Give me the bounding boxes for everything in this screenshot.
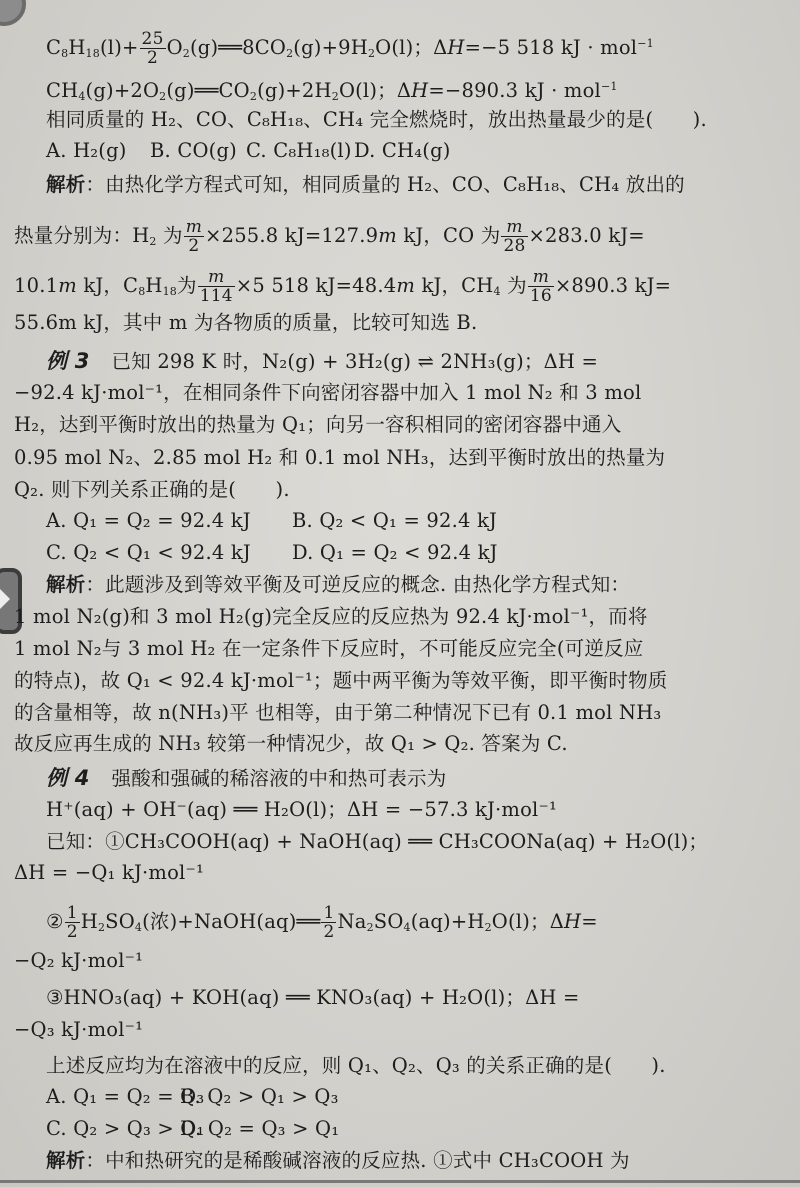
example-4-label: 例 4	[46, 766, 90, 790]
example-4-question: 上述反应均为在溶液中的反应，则 Q₁、Q₂、Q₃ 的关系正确的是( ).	[46, 1053, 666, 1079]
example-3-options-row1: A. Q₁ = Q₂ = 92.4 kJB. Q₂ < Q₁ = 92.4 kJ	[46, 508, 497, 534]
equation-methane-combustion: CH4(g)+2O2(g)══CO2(g)+2H2O(l)；ΔH=−890.3 …	[46, 78, 618, 104]
analysis-line: 故反应再生成的 NH₃ 较第一种情况少，故 Q₁ > Q₂. 答案为 C.	[14, 731, 568, 757]
analysis-label: 解析	[46, 573, 85, 596]
page-bottom-edge	[0, 1180, 800, 1183]
example-4-equation: ③HNO₃(aq) + KOH(aq) ══ KNO₃(aq) + H₂O(l)…	[46, 985, 580, 1011]
example-4-equation: 已知：①CH₃COOH(aq) + NaOH(aq) ══ CH₃COONa(a…	[46, 829, 708, 855]
textbook-page: C8H18(l)+252O2(g)══8CO2(g)+9H2O(l)；ΔH=−5…	[0, 0, 800, 1187]
option-b: B. Q₂ < Q₁ = 92.4 kJ	[292, 509, 497, 532]
example-4-header: 例 4强酸和强碱的稀溶液的中和热可表示为	[46, 765, 446, 792]
option-d: D. Q₂ = Q₃ > Q₁	[180, 1117, 339, 1140]
example-4-options-row1: A. Q₁ = Q₂ = Q₃B. Q₂ > Q₁ > Q₃	[46, 1084, 339, 1110]
option-c: C. Q₂ > Q₃ > Q₁	[46, 1116, 180, 1142]
option-b: B. Q₂ > Q₁ > Q₃	[180, 1085, 339, 1108]
option-d: D. CH₄(g)	[354, 139, 451, 162]
example-3-stem: Q₂. 则下列关系正确的是( ).	[14, 477, 290, 503]
option-d: D. Q₁ = Q₂ < 92.4 kJ	[292, 541, 498, 564]
option-a: A. Q₁ = Q₂ = Q₃	[46, 1084, 180, 1110]
question-stem: 相同质量的 H₂、CO、C₈H₁₈、CH₄ 完全燃烧时，放出热量最少的是( ).	[46, 107, 707, 133]
page-corner-decoration	[0, 0, 26, 26]
example-3-options-row2: C. Q₂ < Q₁ < 92.4 kJD. Q₁ = Q₂ < 92.4 kJ	[46, 540, 498, 566]
analysis-line: 1 mol N₂与 3 mol H₂ 在一定条件下反应时，不可能反应完全(可逆反…	[14, 636, 643, 662]
option-a: A. Q₁ = Q₂ = 92.4 kJ	[46, 508, 292, 534]
analysis-line: 10.1m kJ，C8H18为m114×5 518 kJ=48.4m kJ，CH…	[14, 268, 671, 305]
analysis-line: 的含量相等，故 n(NH₃)平 也相等，由于第二种情况下已有 0.1 mol N…	[14, 700, 661, 726]
option-a: A. H₂(g)	[46, 138, 150, 164]
example-4-equation: ΔH = −Q₁ kJ·mol⁻¹	[14, 860, 204, 886]
option-b: B. CO(g)	[150, 138, 246, 164]
example-3-stem: −92.4 kJ·mol⁻¹，在相同条件下向密闭容器中加入 1 mol N₂ 和…	[14, 380, 641, 406]
analysis-line: 55.6m kJ，其中 m 为各物质的质量，比较可知选 B.	[14, 310, 477, 336]
equation-octane-combustion: C8H18(l)+252O2(g)══8CO2(g)+9H2O(l)；ΔH=−5…	[46, 30, 654, 67]
example-3-stem: H₂，达到平衡时放出的热量为 Q₁；向另一容积相同的密闭容器中通入	[14, 412, 621, 438]
example-4-equation: H⁺(aq) + OH⁻(aq) ══ H₂O(l)；ΔH = −57.3 kJ…	[46, 797, 557, 823]
analysis-line: 1 mol N₂(g)和 3 mol H₂(g)完全反应的反应热为 92.4 k…	[14, 604, 648, 630]
example-3-stem: 0.95 mol N₂、2.85 mol H₂ 和 0.1 mol NH₃，达到…	[14, 445, 665, 471]
option-c: C. C₈H₁₈(l)	[246, 138, 354, 164]
analysis-line: 解析：此题涉及到等效平衡及可逆反应的概念. 由热化学方程式知：	[46, 572, 630, 598]
analysis-line: 热量分别为：H2 为m2×255.8 kJ=127.9m kJ，CO 为m28×…	[14, 218, 645, 255]
example-4-equation: −Q₃ kJ·mol⁻¹	[14, 1017, 143, 1043]
analysis-label: 解析	[46, 173, 85, 196]
example-3-label: 例 3	[46, 349, 90, 373]
analysis-line: 解析：由热化学方程式可知，相同质量的 H₂、CO、C₈H₁₈、CH₄ 放出的	[46, 172, 685, 198]
analysis-line: 解析：中和热研究的是稀酸碱溶液的反应热. ①式中 CH₃COOH 为	[46, 1148, 630, 1174]
example-4-equation: −Q₂ kJ·mol⁻¹	[14, 948, 143, 974]
analysis-label: 解析	[46, 1149, 85, 1172]
example-4-equation: ②12H2SO4(浓)+NaOH(aq)══12Na2SO4(aq)+H2O(l…	[46, 904, 598, 941]
option-c: C. Q₂ < Q₁ < 92.4 kJ	[46, 540, 292, 566]
analysis-line: 的特点)，故 Q₁ < 92.4 kJ·mol⁻¹；题中两平衡为等效平衡，即平衡…	[14, 668, 667, 694]
example-3-header: 例 3已知 298 K 时，N₂(g) + 3H₂(g) ⇌ 2NH₃(g)；Δ…	[46, 348, 598, 375]
question-options: A. H₂(g)B. CO(g)C. C₈H₁₈(l)D. CH₄(g)	[46, 138, 451, 164]
example-4-options-row2: C. Q₂ > Q₃ > Q₁D. Q₂ = Q₃ > Q₁	[46, 1116, 339, 1142]
